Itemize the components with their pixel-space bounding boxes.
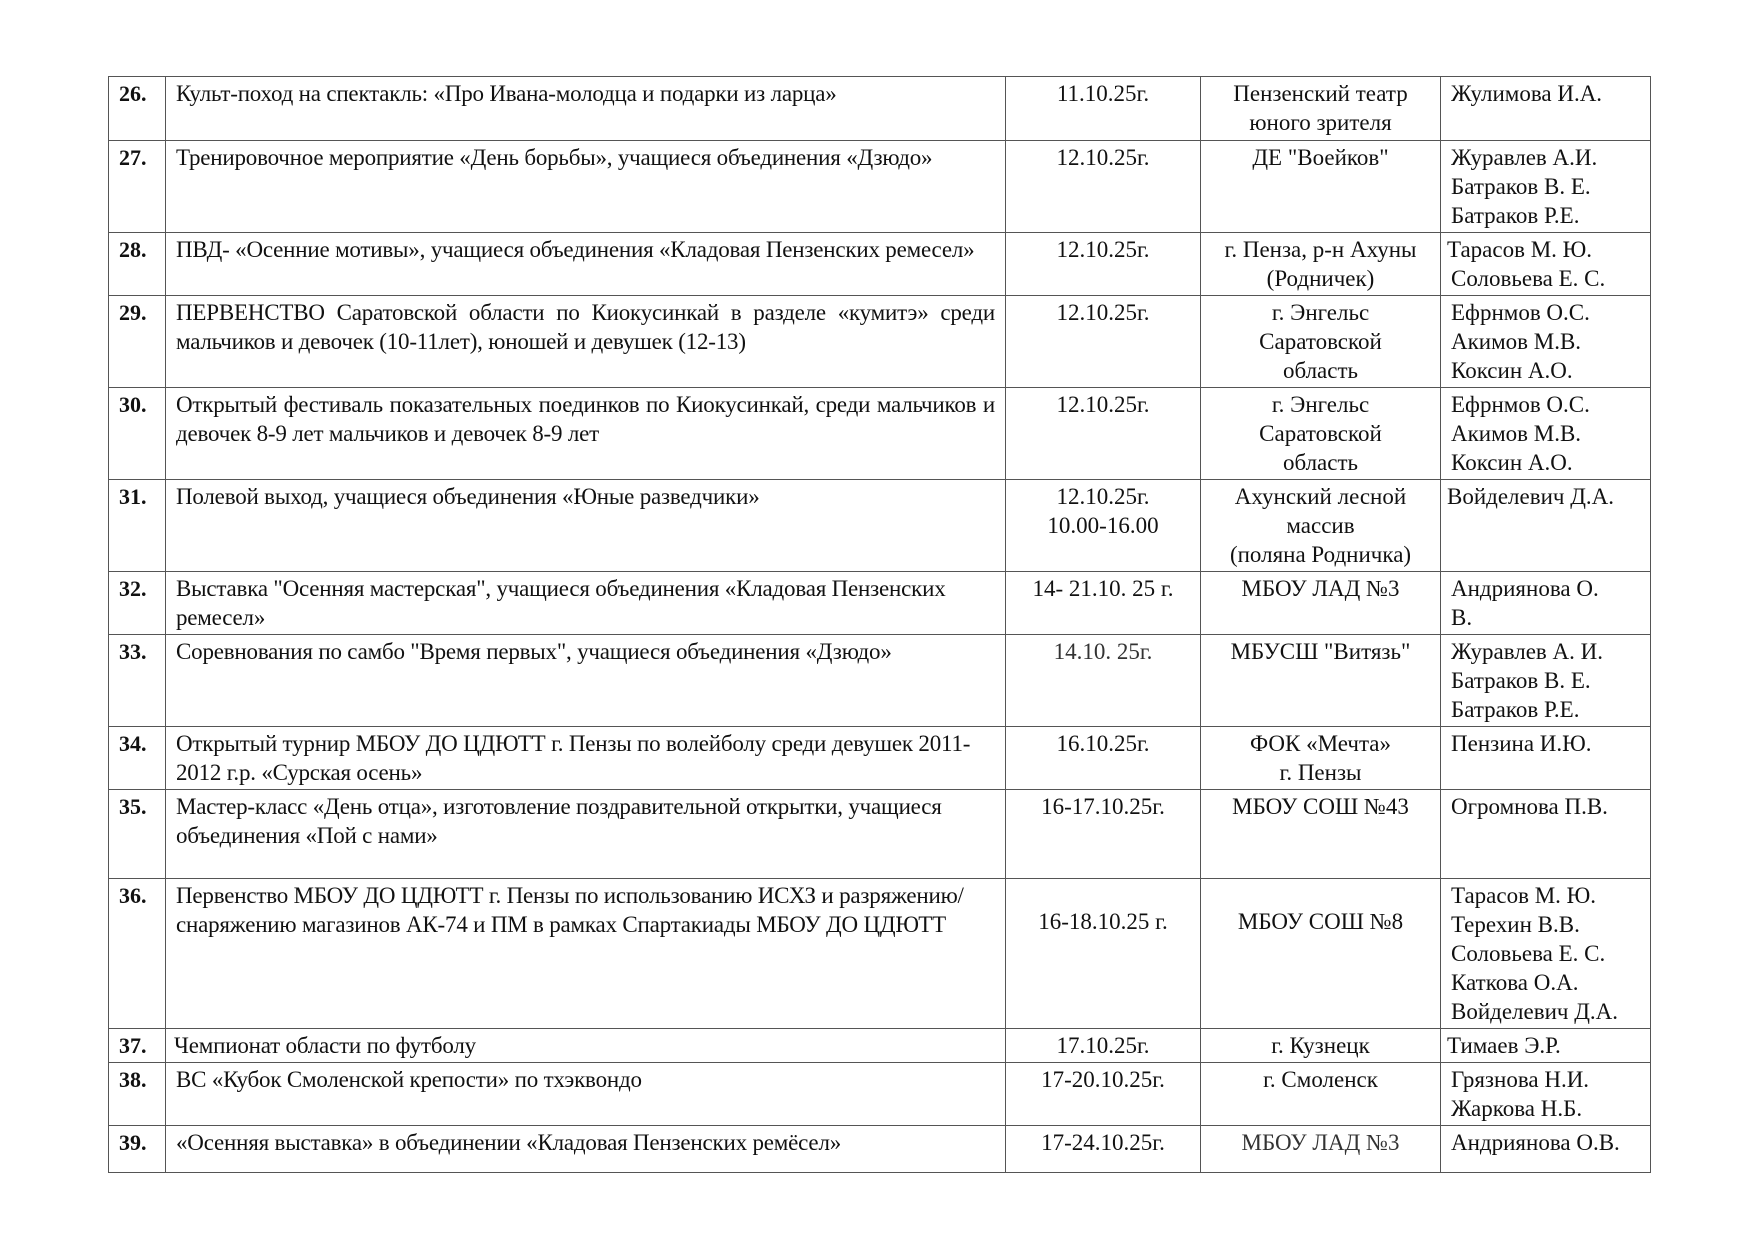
event-responsible: Войделевич Д.А. [1441, 480, 1651, 572]
event-date: 12.10.25г. [1006, 141, 1201, 233]
event-place: МБУСШ "Витязь" [1201, 635, 1441, 727]
table-row: 26. Культ-поход на спектакль: «Про Ивана… [109, 77, 1651, 141]
event-responsible: Ефрнмов О.С.Акимов М.В.Коксин А.О. [1441, 296, 1651, 388]
event-name: Открытый фестиваль показательных поединк… [166, 388, 1006, 480]
event-name: Полевой выход, учащиеся объединения «Юны… [166, 480, 1006, 572]
event-place: г. ЭнгельсСаратовскойобласть [1201, 296, 1441, 388]
event-date: 12.10.25г. [1006, 233, 1201, 296]
event-date: 17-24.10.25г. [1006, 1126, 1201, 1173]
event-place: г. Пенза, р-н Ахуны(Родничек) [1201, 233, 1441, 296]
event-name: Выставка "Осенняя мастерская", учащиеся … [166, 572, 1006, 635]
event-responsible: Журавлев А. И.Батраков В. Е.Батраков Р.Е… [1441, 635, 1651, 727]
table-row: 35. Мастер-класс «День отца», изготовлен… [109, 790, 1651, 879]
event-responsible: Тарасов М. Ю.Соловьева Е. С. [1441, 233, 1651, 296]
row-number: 35. [109, 790, 166, 879]
row-number: 28. [109, 233, 166, 296]
event-date: 17.10.25г. [1006, 1029, 1201, 1063]
event-date: 14- 21.10. 25 г. [1006, 572, 1201, 635]
event-place: МБОУ СОШ №43 [1201, 790, 1441, 879]
event-name: Мастер-класс «День отца», изготовление п… [166, 790, 1006, 879]
row-number: 38. [109, 1063, 166, 1126]
event-responsible: Тимаев Э.Р. [1441, 1029, 1651, 1063]
event-place: Пензенский театрюного зрителя [1201, 77, 1441, 141]
event-name: Чемпионат области по футболу [166, 1029, 1006, 1063]
event-responsible: Тарасов М. Ю.Терехин В.В.Соловьева Е. С.… [1441, 879, 1651, 1029]
table-row: 39. «Осенняя выставка» в объединении «Кл… [109, 1126, 1651, 1173]
table-row: 36. Первенство МБОУ ДО ЦДЮТТ г. Пензы по… [109, 879, 1651, 1029]
event-name: Соревнования по самбо "Время первых", уч… [166, 635, 1006, 727]
event-name: Культ-поход на спектакль: «Про Ивана-мол… [166, 77, 1006, 141]
event-place: Ахунский лесноймассив(поляна Родничка) [1201, 480, 1441, 572]
event-name: Открытый турнир МБОУ ДО ЦДЮТТ г. Пензы п… [166, 727, 1006, 790]
event-place: МБОУ ЛАД №3 [1201, 1126, 1441, 1173]
event-place: г. ЭнгельсСаратовскойобласть [1201, 388, 1441, 480]
event-responsible: Жулимова И.А. [1441, 77, 1651, 141]
row-number: 32. [109, 572, 166, 635]
table-row: 31. Полевой выход, учащиеся объединения … [109, 480, 1651, 572]
event-name: ПЕРВЕНСТВО Саратовской области по Киокус… [166, 296, 1006, 388]
event-name: Первенство МБОУ ДО ЦДЮТТ г. Пензы по исп… [166, 879, 1006, 1029]
row-number: 36. [109, 879, 166, 1029]
event-place: МБОУ СОШ №8 [1201, 879, 1441, 1029]
event-date: 14.10. 25г. [1006, 635, 1201, 727]
event-responsible: Андриянова О.В. [1441, 1126, 1651, 1173]
event-date: 16-18.10.25 г. [1006, 879, 1201, 1029]
event-place: ДЕ "Воейков" [1201, 141, 1441, 233]
event-responsible: Грязнова Н.И.Жаркова Н.Б. [1441, 1063, 1651, 1126]
event-date: 16-17.10.25г. [1006, 790, 1201, 879]
row-number: 27. [109, 141, 166, 233]
table-row: 29. ПЕРВЕНСТВО Саратовской области по Ки… [109, 296, 1651, 388]
table-row: 33. Соревнования по самбо "Время первых"… [109, 635, 1651, 727]
row-number: 29. [109, 296, 166, 388]
row-number: 37. [109, 1029, 166, 1063]
event-responsible: Журавлев А.И.Батраков В. Е.Батраков Р.Е. [1441, 141, 1651, 233]
event-place: г. Кузнецк [1201, 1029, 1441, 1063]
event-place: МБОУ ЛАД №3 [1201, 572, 1441, 635]
event-responsible: Андриянова О.В. [1441, 572, 1651, 635]
table-row: 37. Чемпионат области по футболу 17.10.2… [109, 1029, 1651, 1063]
table-row: 38. ВС «Кубок Смоленской крепости» по тх… [109, 1063, 1651, 1126]
schedule-body: 26. Культ-поход на спектакль: «Про Ивана… [109, 77, 1651, 1173]
event-responsible: Пензина И.Ю. [1441, 727, 1651, 790]
event-date: 17-20.10.25г. [1006, 1063, 1201, 1126]
table-row: 28. ПВД- «Осенние мотивы», учащиеся объе… [109, 233, 1651, 296]
event-name: Тренировочное мероприятие «День борьбы»,… [166, 141, 1006, 233]
event-schedule-table: 26. Культ-поход на спектакль: «Про Ивана… [108, 76, 1651, 1173]
event-place: ФОК «Мечта»г. Пензы [1201, 727, 1441, 790]
row-number: 30. [109, 388, 166, 480]
event-date: 12.10.25г.10.00-16.00 [1006, 480, 1201, 572]
event-date: 16.10.25г. [1006, 727, 1201, 790]
event-date: 12.10.25г. [1006, 296, 1201, 388]
table-row: 34. Открытый турнир МБОУ ДО ЦДЮТТ г. Пен… [109, 727, 1651, 790]
event-responsible: Ефрнмов О.С.Акимов М.В.Коксин А.О. [1441, 388, 1651, 480]
event-date: 11.10.25г. [1006, 77, 1201, 141]
event-name: ПВД- «Осенние мотивы», учащиеся объедине… [166, 233, 1006, 296]
row-number: 26. [109, 77, 166, 141]
event-date: 12.10.25г. [1006, 388, 1201, 480]
event-place: г. Смоленск [1201, 1063, 1441, 1126]
event-name: ВС «Кубок Смоленской крепости» по тхэкво… [166, 1063, 1006, 1126]
row-number: 31. [109, 480, 166, 572]
event-responsible: Огромнова П.В. [1441, 790, 1651, 879]
row-number: 33. [109, 635, 166, 727]
table-row: 32. Выставка "Осенняя мастерская", учащи… [109, 572, 1651, 635]
row-number: 34. [109, 727, 166, 790]
table-row: 27. Тренировочное мероприятие «День борь… [109, 141, 1651, 233]
row-number: 39. [109, 1126, 166, 1173]
event-name: «Осенняя выставка» в объединении «Кладов… [166, 1126, 1006, 1173]
table-row: 30. Открытый фестиваль показательных пое… [109, 388, 1651, 480]
